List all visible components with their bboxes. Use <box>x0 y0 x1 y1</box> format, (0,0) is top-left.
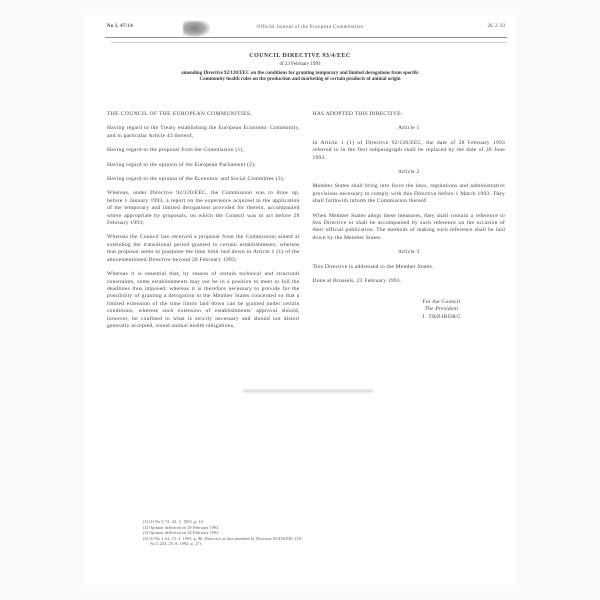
article-1-heading: Article 1 <box>313 125 506 132</box>
citation-parliament-opinion: Having regard to the opinion of the Euro… <box>107 162 300 169</box>
article-3-body: This Directive is addressed to the Membe… <box>313 264 506 271</box>
scan-artifact-line <box>243 390 373 392</box>
header-rule-secondary <box>111 42 507 43</box>
signature-role: The President <box>386 306 498 314</box>
article-3-heading: Article 3 <box>313 249 506 256</box>
recital-2: Whereas the Council has received a propo… <box>107 234 300 264</box>
directive-date: of 23 February 1993 <box>85 62 515 67</box>
article-1-body: In Article 1 (1) of Directive 92/120/EEC… <box>313 140 506 162</box>
article-2-body-1: Member States shall bring into force the… <box>313 183 506 205</box>
citation-ecosoc-opinion: Having regard to the opinion of the Econ… <box>107 176 300 183</box>
article-2-body-2: When Member States adopt these measures,… <box>313 213 506 243</box>
citation-commission-proposal: Having regard to the proposal from the C… <box>107 147 300 154</box>
directive-title: COUNCIL DIRECTIVE 93/4/EEC <box>85 53 515 59</box>
header-journal-title: Official Journal of the European Communi… <box>145 25 475 30</box>
scanned-document-page: No L 47/14 Official Journal of the Europ… <box>85 15 515 585</box>
directive-subtitle: amending Directive 92/120/EEC on the con… <box>181 71 419 84</box>
footnotes: (1) OJ No C 51, 23. 2. 1993, p. 14. (2) … <box>143 519 307 547</box>
citation-treaty: Having regard to the Treaty establishing… <box>107 125 300 140</box>
right-column: HAS ADOPTED THIS DIRECTIVE: Article 1 In… <box>313 111 506 337</box>
header-issue-ref: No L 47/14 <box>107 24 133 29</box>
preamble-opening: THE COUNCIL OF THE EUROPEAN COMMUNITIES, <box>107 111 300 118</box>
recital-1: Whereas, under Directive 92/120/EEC, the… <box>107 190 300 227</box>
done-at-line: Done at Brussels, 23 February 1993. <box>313 278 506 285</box>
title-block: COUNCIL DIRECTIVE 93/4/EEC of 23 Februar… <box>85 53 515 83</box>
header-date: 26. 2. 93 <box>488 24 506 29</box>
signature-name: J. TRØJBORG <box>386 314 498 322</box>
signature-for: For the Council <box>386 299 498 307</box>
body-columns: THE COUNCIL OF THE EUROPEAN COMMUNITIES,… <box>107 111 505 337</box>
recital-3: Whereas it is essential that, by reason … <box>107 271 300 330</box>
header-rule <box>105 37 507 38</box>
article-2-heading: Article 2 <box>313 169 506 176</box>
signature-block: For the Council The President J. TRØJBOR… <box>386 299 498 322</box>
enacting-formula: HAS ADOPTED THIS DIRECTIVE: <box>313 111 506 118</box>
footnote-4: (4) OJ No L 62, 15. 3. 1993, p. 86. Dire… <box>143 536 307 547</box>
left-column: THE COUNCIL OF THE EUROPEAN COMMUNITIES,… <box>107 111 300 337</box>
